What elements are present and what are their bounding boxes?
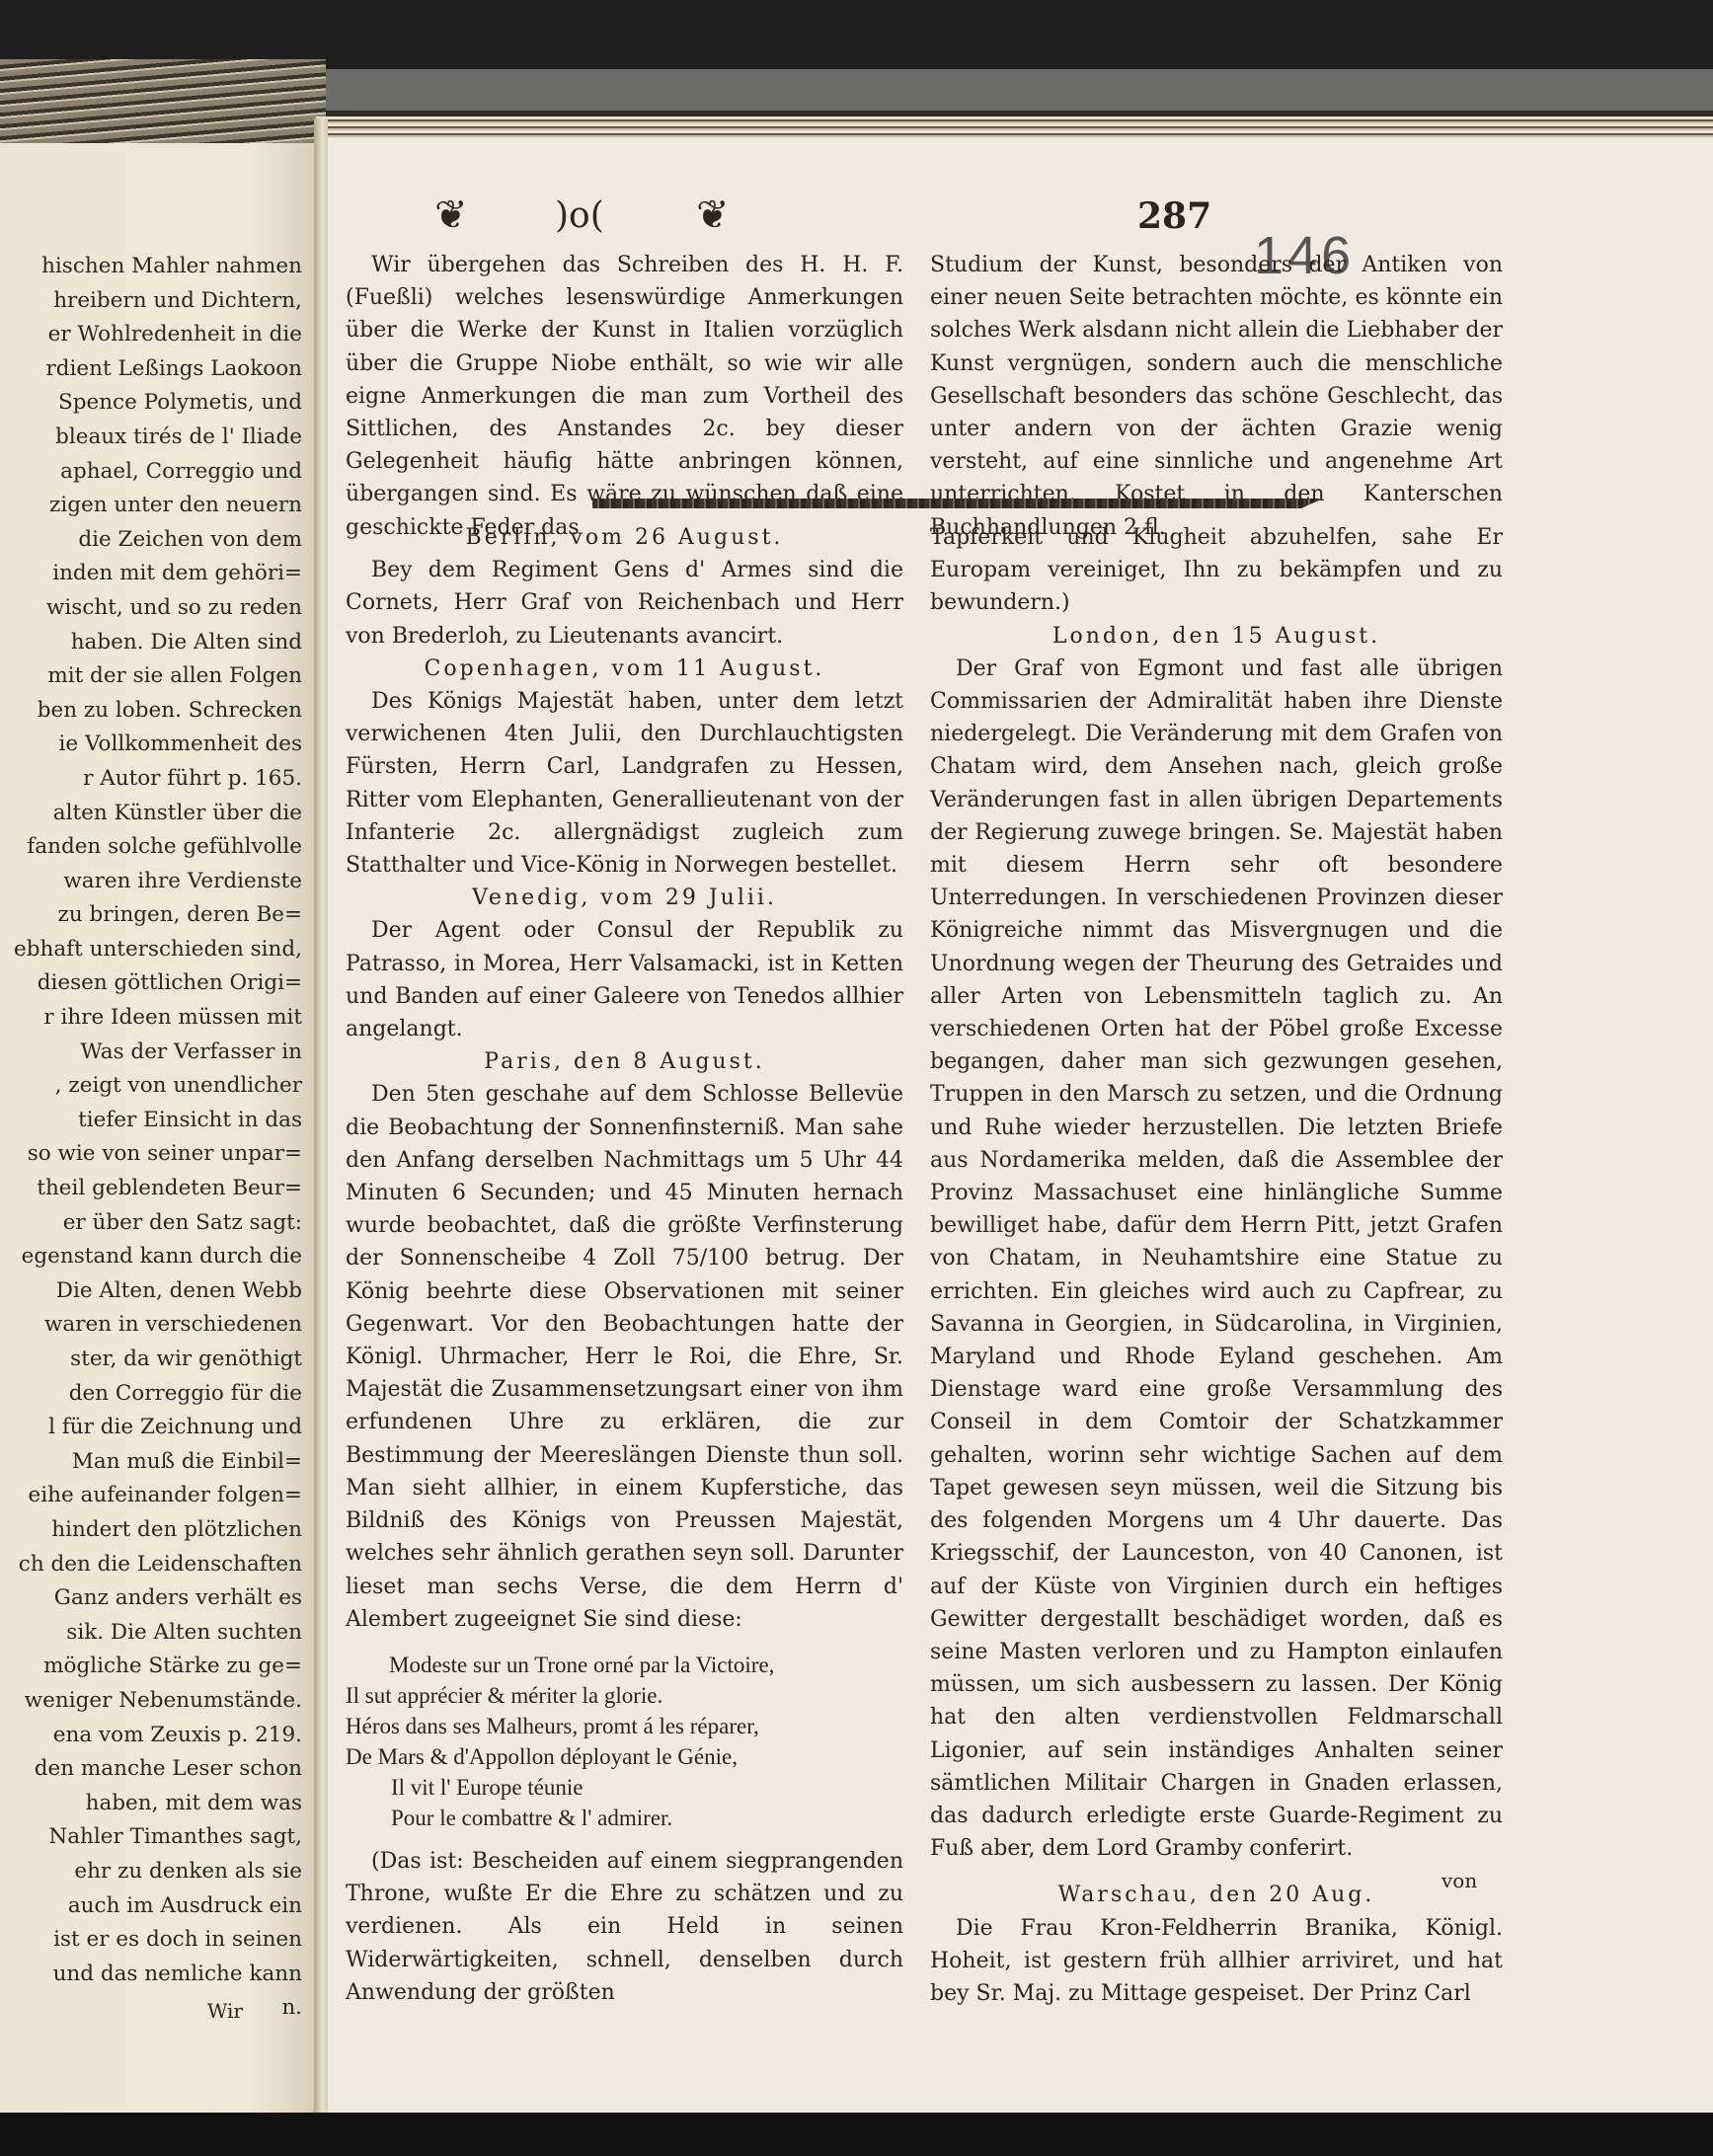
left-page-line: zigen unter den neuern — [0, 489, 302, 523]
left-page: hischen Mahler nahmenhreibern und Dichte… — [0, 143, 314, 2137]
left-page-line: Die Alten, denen Webb — [0, 1274, 302, 1309]
left-page-line: Man muß die Einbil= — [0, 1445, 302, 1480]
left-page-line: , zeigt von unendlicher — [0, 1069, 302, 1104]
left-page-line: diesen göttlichen Origi= — [0, 966, 302, 1001]
french-poem: Modeste sur un Trone orné par la Victoir… — [346, 1650, 903, 1833]
left-page-line: hreibern und Dichtern, — [0, 284, 302, 319]
left-page-line: alten Künstler über die — [0, 797, 302, 831]
left-page-line: den manche Leser schon — [0, 1752, 302, 1787]
left-page-line: n. — [0, 1991, 302, 2026]
dateline-copenhagen: Copenhagen, vom 11 August. — [346, 653, 903, 685]
left-page-line: rdient Leßings Laokoon — [0, 352, 302, 387]
left-page-line: eihe aufeinander folgen= — [0, 1479, 302, 1513]
left-page-line: ist er es doch in seinen — [0, 1923, 302, 1958]
left-page-line: haben, mit dem was — [0, 1787, 302, 1821]
left-page-line: so wie von seiner unpar= — [0, 1137, 302, 1172]
left-page-line: Nahler Timanthes sagt, — [0, 1820, 302, 1855]
poem-line: Héros dans ses Malheurs, promt á les rép… — [346, 1711, 903, 1741]
page-stack-edge — [0, 59, 326, 148]
left-page-line: er Wohlredenheit in die — [0, 318, 302, 352]
poem-line: Pour le combattre & l' admirer. — [346, 1803, 903, 1833]
left-page-line: sik. Die Alten suchten — [0, 1616, 302, 1651]
left-page-line: ch den die Leidenschaften — [0, 1548, 302, 1582]
left-page-line: Was der Verfasser in — [0, 1036, 302, 1070]
page-number: 287 — [1137, 195, 1211, 237]
left-page-line: weniger Nebenumstände. — [0, 1684, 302, 1719]
poem-translation-continued: Tapferkeit und Klugheit abzuhelfen, sahe… — [930, 521, 1503, 620]
left-page-line: l für die Zeichnung und — [0, 1411, 302, 1445]
left-page-line: zu bringen, deren Be= — [0, 898, 302, 933]
poem-line: Il sut apprécier & mériter la glorie. — [346, 1680, 903, 1711]
poem-line: De Mars & d'Appollon déployant le Génie, — [346, 1741, 903, 1772]
left-page-line: auch im Ausdruck ein — [0, 1889, 302, 1924]
left-page-line: mögliche Stärke zu ge= — [0, 1650, 302, 1684]
left-page-line: ie Vollkommenheit des — [0, 728, 302, 762]
left-page-line: fanden solche gefühlvolle — [0, 830, 302, 865]
left-page-text: hischen Mahler nahmenhreibern und Dichte… — [0, 250, 302, 2026]
left-page-line: ena vom Zeuxis p. 219. — [0, 1719, 302, 1753]
poem-translation: (Das ist: Bescheiden auf einem siegprang… — [346, 1845, 903, 2009]
dateline-warschau: Warschau, den 20 Aug. — [930, 1879, 1503, 1911]
left-page-line: tiefer Einsicht in das — [0, 1104, 302, 1138]
left-page-line: bleaux tirés de l' Iliade — [0, 421, 302, 455]
dateline-berlin: Berlin, vom 26 August. — [346, 521, 903, 554]
shell-ornament-icon: ❦ — [696, 195, 730, 235]
left-page-line: mit der sie allen Folgen — [0, 659, 302, 694]
left-page-line: und das nemliche kann — [0, 1958, 302, 1992]
news-berlin: Bey dem Regiment Gens d' Armes sind die … — [346, 554, 903, 653]
dateline-paris: Paris, den 8 August. — [346, 1045, 903, 1078]
news-paris: Den 5ten geschahe auf dem Schlosse Belle… — [346, 1078, 903, 1635]
dateline-london: London, den 15 August. — [930, 620, 1503, 653]
poem-line: Modeste sur un Trone orné par la Victoir… — [346, 1650, 903, 1680]
left-page-line: r ihre Ideen müssen mit — [0, 1001, 302, 1036]
news-london: Der Graf von Egmont und fast alle übrige… — [930, 653, 1503, 1866]
news-warschau: Die Frau Kron-Feldherrin Branika, Königl… — [930, 1912, 1503, 2011]
left-page-line: haben. Die Alten sind — [0, 626, 302, 660]
left-page-line: waren in verschiedenen — [0, 1308, 302, 1343]
news-venedig: Der Agent oder Consul der Republik zu Pa… — [346, 914, 903, 1045]
left-page-line: hischen Mahler nahmen — [0, 250, 302, 284]
left-page-line: theil geblendeten Beur= — [0, 1172, 302, 1206]
dateline-venedig: Venedig, vom 29 Julii. — [346, 882, 903, 914]
shell-ornament-icon: ❦ — [434, 195, 468, 235]
left-page-line: die Zeichen von dem — [0, 523, 302, 558]
section-divider — [592, 499, 1323, 508]
news-copenhagen: Des Königs Majestät haben, unter dem let… — [346, 685, 903, 882]
catchword: von — [1441, 1869, 1477, 1892]
news-left-column: Berlin, vom 26 August. Bey dem Regiment … — [346, 521, 903, 2009]
book-gutter — [314, 118, 328, 2132]
left-page-line: wischt, und so zu reden — [0, 591, 302, 626]
left-page-line: Ganz anders verhält es — [0, 1581, 302, 1616]
left-page-line: aphael, Correggio und — [0, 455, 302, 490]
left-page-line: ben zu loben. Schrecken — [0, 694, 302, 729]
news-right-column: Tapferkeit und Klugheit abzuhelfen, sahe… — [930, 521, 1503, 2010]
left-page-line: ebhaft unterschieden sind, — [0, 933, 302, 967]
left-page-line: er über den Satz sagt: — [0, 1206, 302, 1241]
left-page-line: inden mit dem gehöri= — [0, 557, 302, 591]
left-page-line: ehr zu denken als sie — [0, 1855, 302, 1889]
left-page-line: Spence Polymetis, und — [0, 386, 302, 421]
left-page-line: den Correggio für die — [0, 1377, 302, 1412]
left-page-line: egenstand kann durch die — [0, 1240, 302, 1274]
left-page-line: ster, da wir genöthigt — [0, 1343, 302, 1377]
header-ornament: )o( — [555, 195, 604, 236]
poem-line: Il vit l' Europe téunie — [346, 1772, 903, 1803]
left-page-line: hindert den plötzlichen — [0, 1513, 302, 1548]
background-bottom — [0, 2113, 1713, 2156]
left-page-line: r Autor führt p. 165. — [0, 762, 302, 797]
left-catchword: Wir — [207, 1999, 243, 2023]
left-page-line: waren ihre Verdienste — [0, 865, 302, 899]
